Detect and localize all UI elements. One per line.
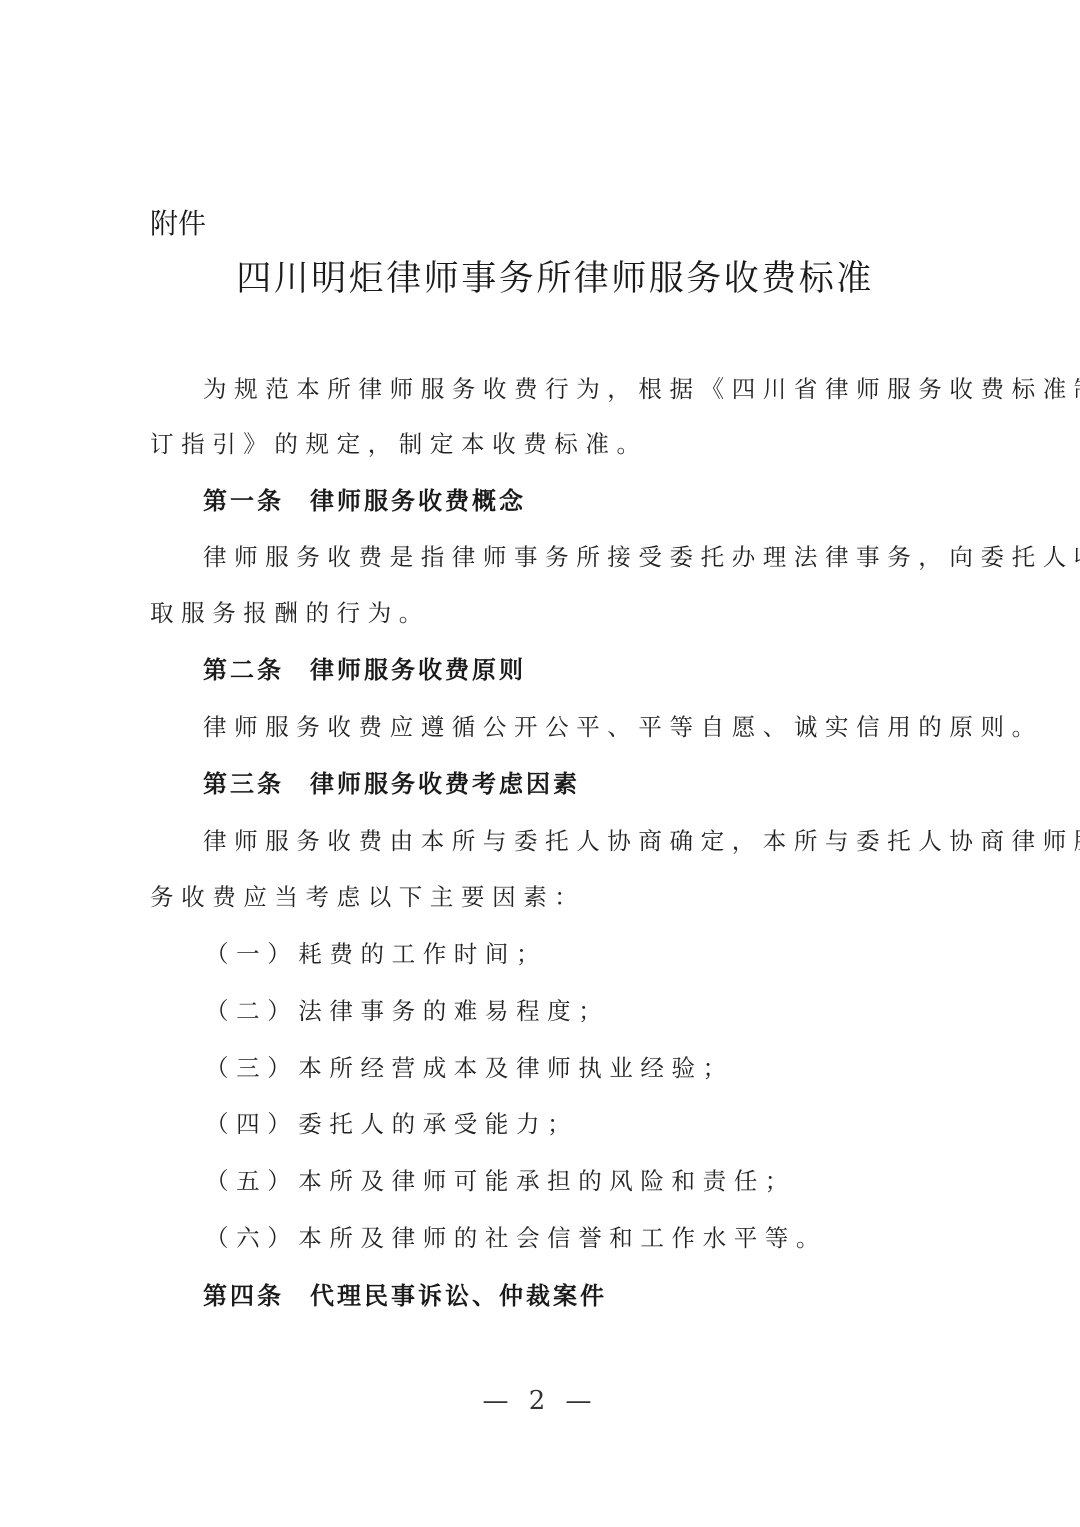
- document-title: 四川明炬律师事务所律师服务收费标准: [0, 251, 1080, 301]
- article-3-line-2: 务收费应当考虑以下主要因素：: [150, 878, 585, 912]
- article-1-line-1: 律师服务收费是指律师事务所接受委托办理法律事务，向委托人收: [203, 538, 1080, 572]
- article-number: 第四条: [203, 1282, 284, 1310]
- article-4-heading: 第四条代理民事诉讼、仲裁案件: [203, 1276, 607, 1311]
- article-title: 律师服务收费原则: [310, 656, 526, 684]
- factor-item-3: （三）本所经营成本及律师执业经验；: [205, 1049, 734, 1083]
- article-2-line-1: 律师服务收费应遵循公开公平、平等自愿、诚实信用的原则。: [203, 708, 1043, 742]
- article-number: 第二条: [203, 656, 284, 684]
- article-1-line-2: 取服务报酬的行为。: [150, 594, 430, 628]
- document-page: 附件 四川明炬律师事务所律师服务收费标准 为规范本所律师服务收费行为，根据《四川…: [0, 0, 1080, 1527]
- intro-line-1: 为规范本所律师服务收费行为，根据《四川省律师服务收费标准制: [203, 370, 1080, 404]
- attachment-label: 附件: [150, 202, 206, 242]
- factor-item-1: （一）耗费的工作时间；: [205, 935, 547, 969]
- article-2-heading: 第二条律师服务收费原则: [203, 650, 526, 685]
- article-title: 律师服务收费考虑因素: [310, 770, 580, 798]
- article-1-heading: 第一条律师服务收费概念: [203, 481, 526, 516]
- factor-item-6: （六）本所及律师的社会信誉和工作水平等。: [205, 1219, 827, 1253]
- factor-item-4: （四）委托人的承受能力；: [205, 1105, 578, 1139]
- factor-item-5: （五）本所及律师可能承担的风险和责任；: [205, 1162, 796, 1196]
- article-3-heading: 第三条律师服务收费考虑因素: [203, 764, 580, 799]
- page-number: — 2 —: [0, 1386, 1080, 1416]
- article-title: 律师服务收费概念: [310, 487, 526, 515]
- article-number: 第一条: [203, 487, 284, 515]
- article-number: 第三条: [203, 770, 284, 798]
- article-title: 代理民事诉讼、仲裁案件: [310, 1282, 607, 1310]
- article-3-line-1: 律师服务收费由本所与委托人协商确定，本所与委托人协商律师服: [203, 822, 1080, 856]
- factor-item-2: （二）法律事务的难易程度；: [205, 992, 609, 1026]
- intro-line-2: 订指引》的规定，制定本收费标准。: [150, 425, 648, 459]
